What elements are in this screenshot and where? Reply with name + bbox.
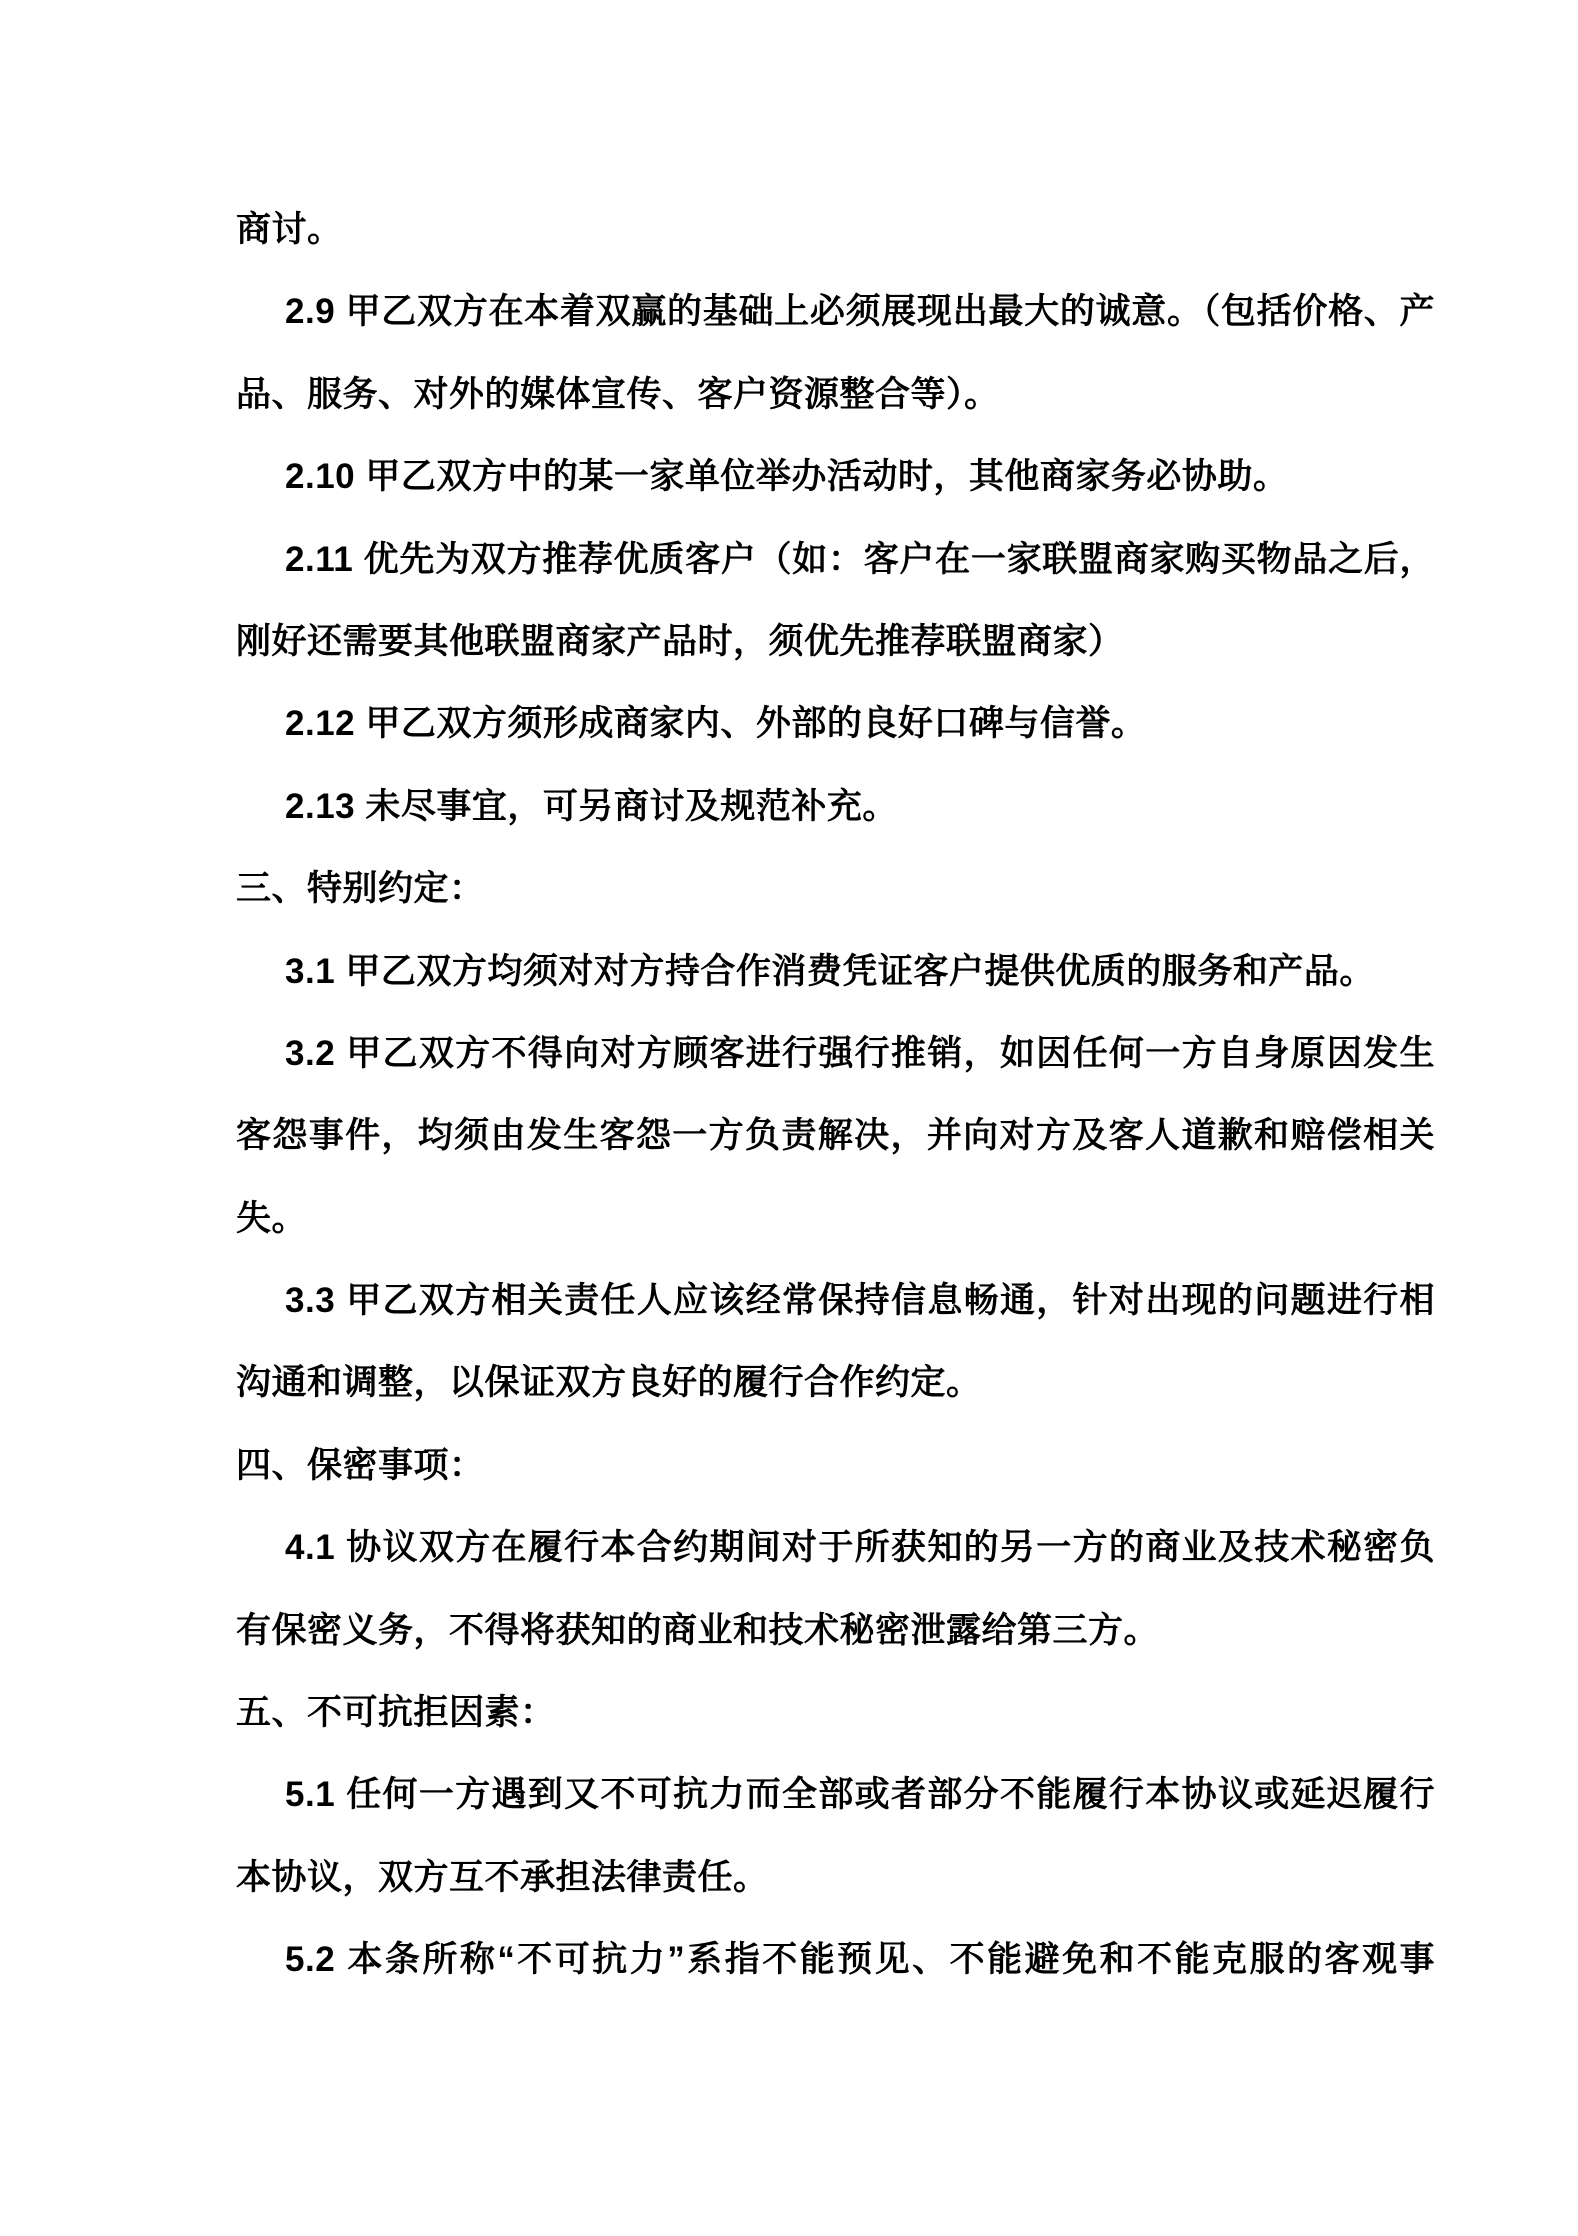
doc-line: 沟通和调整，以保证双方良好的履行合作约定。 — [236, 1342, 1435, 1424]
doc-line: 有保密义务，不得将获知的商业和技术秘密泄露给第三方。 — [236, 1590, 1435, 1672]
doc-line: 5.2 本条所称“不可抗力”系指不能预见、不能避免和不能克服的客观事件， — [236, 1919, 1435, 2001]
doc-line: 商讨。 — [236, 189, 1435, 271]
doc-line: 客怨事件，均须由发生客怨一方负责解决，并向对方及客人道歉和赔偿相关损 — [236, 1095, 1435, 1177]
document-body: { "page": { "background_color": "#ffffff… — [0, 0, 1578, 2236]
doc-line: 2.11 优先为双方推荐优质客户（如：客户在一家联盟商家购买物品之后， — [236, 519, 1435, 601]
doc-line: 品、服务、对外的媒体宣传、客户资源整合等）。 — [236, 354, 1435, 436]
section-heading-5: 五、不可抗拒因素： — [236, 1672, 1435, 1754]
doc-line: 2.12 甲乙双方须形成商家内、外部的良好口碑与信誉。 — [236, 683, 1435, 765]
doc-line: 3.2 甲乙双方不得向对方顾客进行强行推销，如因任何一方自身原因发生的 — [236, 1013, 1435, 1095]
doc-line: 4.1 协议双方在履行本合约期间对于所获知的另一方的商业及技术秘密负 — [236, 1507, 1435, 1589]
doc-line: 2.10 甲乙双方中的某一家单位举办活动时，其他商家务必协助。 — [236, 436, 1435, 518]
doc-line: 3.3 甲乙双方相关责任人应该经常保持信息畅通，针对出现的问题进行相关 — [236, 1260, 1435, 1342]
doc-line: 本协议，双方互不承担法律责任。 — [236, 1837, 1435, 1919]
doc-line: 2.13 未尽事宜，可另商讨及规范补充。 — [236, 766, 1435, 848]
document-page: 商讨。 2.9 甲乙双方在本着双赢的基础上必须展现出最大的诚意。（包括价格、产 … — [0, 0, 1578, 2236]
doc-line: 5.1 任何一方遇到又不可抗力而全部或者部分不能履行本协议或延迟履行 — [236, 1754, 1435, 1836]
doc-line: 3.1 甲乙双方均须对对方持合作消费凭证客户提供优质的服务和产品。 — [236, 931, 1435, 1013]
doc-line: 2.9 甲乙双方在本着双赢的基础上必须展现出最大的诚意。（包括价格、产 — [236, 271, 1435, 353]
section-heading-3: 三、特别约定： — [236, 848, 1435, 930]
doc-line: 刚好还需要其他联盟商家产品时，须优先推荐联盟商家） — [236, 601, 1435, 683]
section-heading-4: 四、保密事项： — [236, 1425, 1435, 1507]
doc-line: 失。 — [236, 1178, 1435, 1260]
